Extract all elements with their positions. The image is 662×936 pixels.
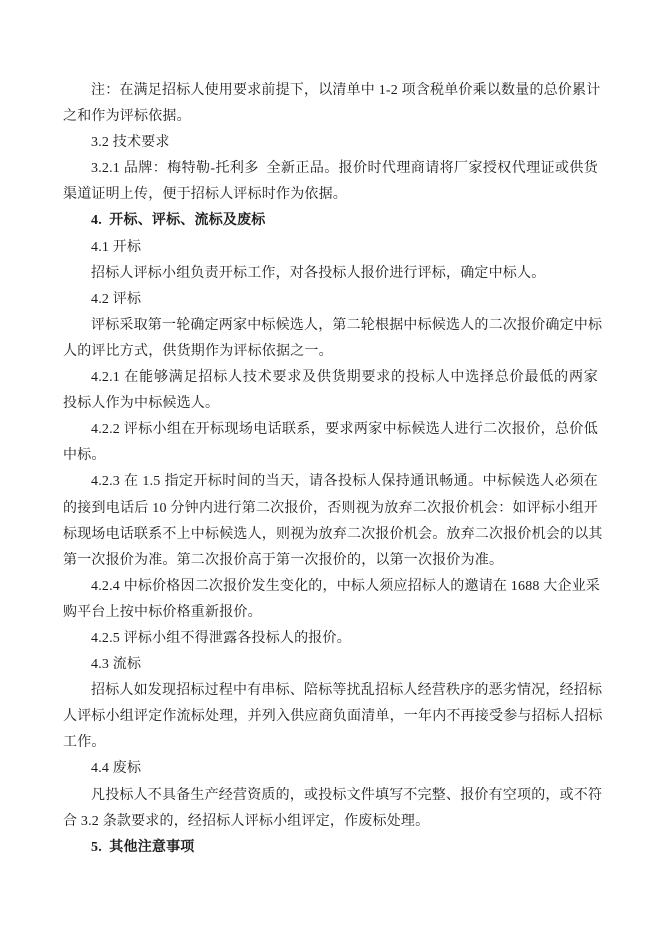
text-line: 5. 其他注意事项	[63, 835, 598, 861]
text-line: 4.2.4 中标价格因二次报价发生变化的，中标人须应招标人的邀请在 1688 大…	[63, 574, 598, 600]
text-line: 工作。	[63, 730, 598, 756]
text-line: 之和作为评标依据。	[63, 104, 598, 130]
text-line: 3.2.1 品牌：梅特勒-托利多 全新正品。报价时代理商请将厂家授权代理证或供货	[63, 156, 598, 182]
text-line: 4. 开标、评标、流标及废标	[63, 208, 598, 234]
text-line: 4.2.1 在能够满足招标人技术要求及供货期要求的投标人中选择总价最低的两家	[63, 365, 598, 391]
text-line: 4.4 废标	[63, 756, 598, 782]
document-text-block: 注：在满足招标人使用要求前提下，以清单中 1-2 项含税单价乘以数量的总价累计之…	[63, 78, 598, 861]
text-line: 渠道证明上传，便于招标人评标时作为依据。	[63, 182, 598, 208]
text-line: 投标人作为中标候选人。	[63, 391, 598, 417]
text-line: 的接到电话后 10 分钟内进行第二次报价，否则视为放弃二次报价机会：如评标小组开	[63, 496, 598, 522]
text-line: 4.2.2 评标小组在开标现场电话联系，要求两家中标候选人进行二次报价，总价低	[63, 417, 598, 443]
text-line: 3.2 技术要求	[63, 130, 598, 156]
text-line: 第一次报价为准。第二次报价高于第一次报价的，以第一次报价为准。	[63, 548, 598, 574]
text-line: 购平台上按中标价格重新报价。	[63, 600, 598, 626]
text-line: 中标。	[63, 443, 598, 469]
text-line: 标现场电话联系不上中标候选人，则视为放弃二次报价机会。放弃二次报价机会的以其	[63, 522, 598, 548]
document-page: 注：在满足招标人使用要求前提下，以清单中 1-2 项含税单价乘以数量的总价累计之…	[0, 0, 662, 936]
text-line: 合 3.2 条款要求的，经招标人评标小组评定，作废标处理。	[63, 809, 598, 835]
text-line: 4.2.5 评标小组不得泄露各投标人的报价。	[63, 626, 598, 652]
text-line: 4.2.3 在 1.5 指定开标时间的当天，请各投标人保持通讯畅通。中标候选人必…	[63, 469, 598, 495]
text-line: 招标人如发现招标过程中有串标、陪标等扰乱招标人经营秩序的恶劣情况，经招标	[63, 678, 598, 704]
text-line: 注：在满足招标人使用要求前提下，以清单中 1-2 项含税单价乘以数量的总价累计	[63, 78, 598, 104]
text-line: 4.2 评标	[63, 287, 598, 313]
text-line: 凡投标人不具备生产经营资质的，或投标文件填写不完整、报价有空项的，或不符	[63, 783, 598, 809]
text-line: 招标人评标小组负责开标工作，对各投标人报价进行评标，确定中标人。	[63, 261, 598, 287]
text-line: 人的评比方式，供货期作为评标依据之一。	[63, 339, 598, 365]
text-line: 4.1 开标	[63, 235, 598, 261]
text-line: 评标采取第一轮确定两家中标候选人，第二轮根据中标候选人的二次报价确定中标	[63, 313, 598, 339]
text-line: 4.3 流标	[63, 652, 598, 678]
text-line: 人评标小组评定作流标处理，并列入供应商负面清单，一年内不再接受参与招标人招标	[63, 704, 598, 730]
